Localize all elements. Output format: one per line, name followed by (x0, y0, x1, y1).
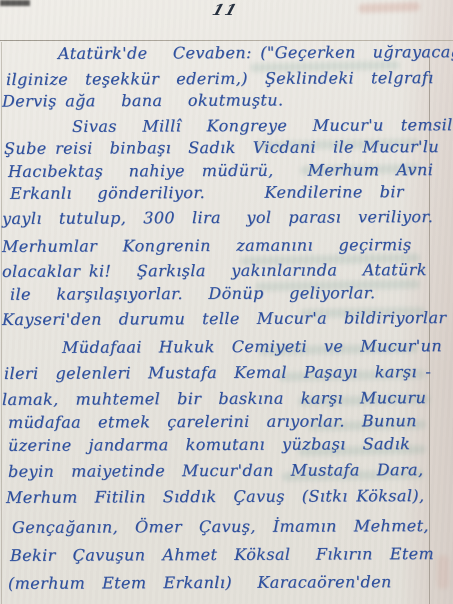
handwriting-line: yaylı tutulup, 300 lira yol parası veril… (2, 208, 433, 228)
handwriting-line: Merhum Fitilin Sıddık Çavuş (Sıtkı Köksa… (6, 487, 425, 507)
handwriting-line: üzerine jandarma komutanı yüzbaşı Sadık (8, 435, 410, 455)
handwriting-line: olacaklar ki! Şarkışla yakınlarında Atat… (2, 261, 427, 281)
handwriting-line: Müdafaai Hukuk Cemiyeti ve Mucur'un (62, 337, 442, 357)
scanned-manuscript-page: 11 Atatürk'de Cevaben: ("Geçerken uğraya… (0, 0, 453, 604)
handwriting-line: Atatürk'de Cevaben: ("Geçerken uğrayacağ… (58, 43, 453, 63)
handwriting-line: (merhum Etem Erkanlı) Karacaören'den (8, 573, 392, 593)
handwriting-line: müdafaa etmek çarelerini arıyorlar. Bunu… (8, 412, 417, 432)
handwriting-line: Şube reisi binbaşı Sadık Vicdani ile Muc… (4, 138, 439, 158)
faint-pencil-mark (358, 2, 420, 13)
handwriting-line: beyin maiyetinde Mucur'dan Mustafa Dara, (8, 461, 423, 481)
faint-pink-edge-mark (437, 555, 449, 589)
scan-corner-smudge (0, 0, 30, 6)
handwriting-line: Merhumlar Kongrenin zamanını geçirmiş (2, 236, 412, 256)
handwriting-line: Derviş ağa bana okutmuştu. (2, 91, 284, 111)
handwriting-line: Bekir Çavuşun Ahmet Köksal Fıkırın Etem (10, 545, 434, 565)
handwriting-line: lamak, muhtemel bir baskına karşı Mucuru (2, 389, 426, 409)
handwriting-line: ilginize teşekkür ederim,) Şeklindeki te… (6, 69, 434, 89)
page-frame-top-line (0, 40, 453, 41)
handwriting-line: ile karşılaşıyorlar. Dönüp geliyorlar. (10, 284, 376, 304)
handwriting-line: Gençağanın, Ömer Çavuş, İmamın Mehmet, (12, 517, 429, 537)
handwriting-line: Sivas Millî Kongreye Mucur'u temsilen (72, 116, 453, 136)
page-number: 11 (210, 1, 241, 19)
handwriting-line: Erkanlı gönderiliyor. Kendilerine bir (10, 183, 404, 203)
handwriting-line: Hacıbektaş nahiye müdürü, Merhum Avni (8, 161, 433, 181)
handwriting-line: ileri gelenleri Mustafa Kemal Paşayı kar… (4, 363, 431, 383)
handwriting-line: Kayseri'den durumu telle Mucur'a bildiri… (2, 309, 446, 329)
